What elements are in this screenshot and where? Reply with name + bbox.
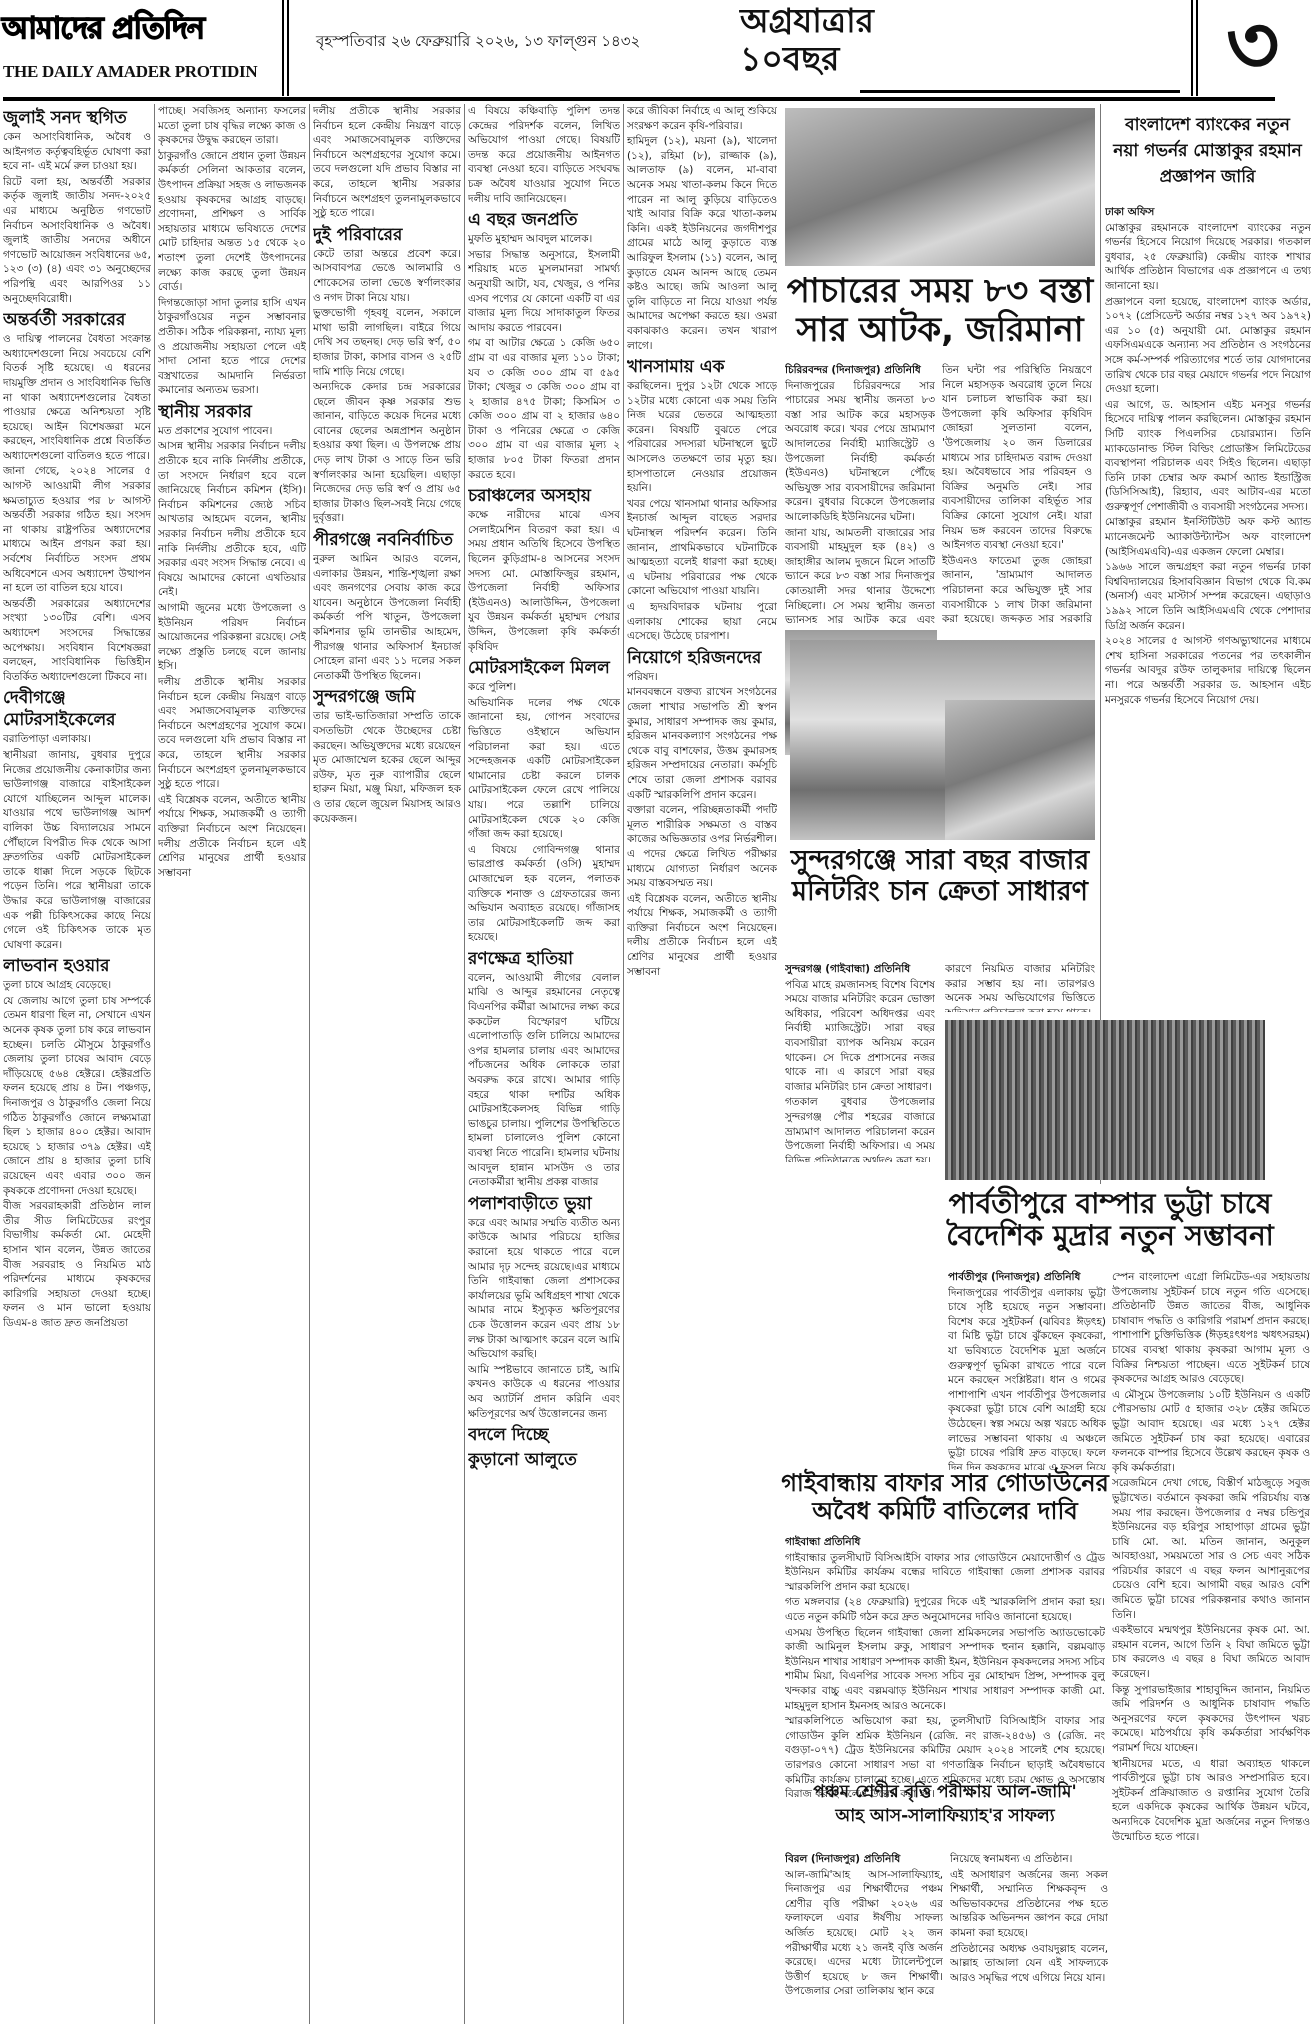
- column-rule: [623, 104, 624, 2024]
- byline: বিরল (দিনাজপুর) প্রতিনিধি: [785, 1852, 943, 1867]
- newspaper-logo-english: THE DAILY AMADER PROTIDIN: [3, 62, 257, 82]
- story-fertilizer-col-b: তিন ঘন্টা পর পরিস্থিতি নিয়ন্ত্রণে নিলে …: [942, 363, 1092, 623]
- paragraph: জানা যায়, আমতলী বাজারের সার ব্যবসায়ী ম…: [785, 526, 935, 623]
- paragraph: এ হৃদয়বিদারক ঘটনায় পুরো এলাকায় শোকের …: [627, 600, 777, 644]
- photo-fertilizer-sacks: [785, 108, 1095, 266]
- column-1: জুলাই সনদ স্থগিত কেন অসাংবিধানিক, অবৈধ ও…: [3, 104, 151, 2032]
- story-maize-col-b: স্পেন বাংলাদেশ এগ্রো লিমিটেড-এর সহায়তায…: [1112, 1270, 1310, 2030]
- paragraph: ও দায়িত্ব পালনের বৈধতা সংক্রান্ত অধ্যাদ…: [3, 332, 151, 463]
- headline-line: বৈদেশিক মুদ্রার নতুন সম্ভাবনা: [945, 1220, 1275, 1252]
- paragraph: ইউএনও ফাতেমা তুজ জোহরা জানান, 'ভ্রাম্যমা…: [942, 554, 1092, 623]
- column-rule: [464, 104, 465, 2024]
- paragraph: ঠাকুরগাঁও জোনে প্রধান তুলা উন্নয়ন কর্মক…: [158, 149, 306, 295]
- masthead-divider: [1196, 0, 1198, 96]
- paragraph: গত মঙ্গলবার (২৪ ফেব্রুয়ারি) দুপুরের দিক…: [785, 1595, 1105, 1624]
- paragraph: এই বিশ্লেষক বলেন, অতীতে স্থানীয় পর্যায়…: [627, 892, 777, 980]
- paragraph: হামিদুল (১২), ময়না (৯), খালেদা (১২), রহ…: [627, 134, 777, 353]
- paragraph: নুরুল আমিন আরও বলেন, এলাকার উন্নয়ন, শান…: [313, 552, 461, 683]
- byline: সুন্দরগঞ্জ (গাইবান্ধা) প্রতিনিধি: [785, 962, 935, 977]
- paragraph: দিগন্তজোড়া সাদা তুলার হাসি এখন ঠাকুরগাঁ…: [158, 296, 306, 398]
- byline: গাইবান্ধা প্রতিনিধি: [785, 1535, 1105, 1550]
- paragraph: তিন ঘন্টা পর পরিস্থিতি নিয়ন্ত্রণে নিলে …: [942, 363, 1092, 553]
- headline-line: মনিটরিং চান ক্রেতা সাধারণ: [780, 876, 1100, 907]
- paragraph: বরাতিপাড়া এলাকায়।: [3, 732, 151, 747]
- paragraph: এর আগে, ড. আহসান এইচ মনসুর গভর্নর হিসেবে…: [1105, 398, 1311, 515]
- paragraph: কক্ষে নারীদের মাঝে এসব সেলাইমেশিন বিতরণ …: [468, 508, 620, 654]
- paragraph: করছিলেন। দুপুর ১২টা থেকে সাড়ে ১২টার মধ্…: [627, 379, 777, 496]
- paragraph: দলীয় প্রতীকে স্থানীয় সরকার নির্বাচন হল…: [313, 104, 461, 221]
- paragraph: এসময় উপস্থিত ছিলেন গাইবান্ধা জেলা শ্রমি…: [785, 1626, 1105, 1714]
- paragraph: পবিত্র মাহে রমজানসহ বিশেষ বিশেষ সময়ে বা…: [785, 978, 935, 1095]
- paragraph: করে এবং আমার সম্মতি ব্যতীত অন্য কাউকে আম…: [468, 1216, 620, 1362]
- headline-market-monitoring: সুন্দরগঞ্জে সারা বছর বাজার মনিটরিং চান ক…: [780, 845, 1100, 907]
- paragraph: আগামী জুনের মধ্যে উপজেলা ও ইউনিয়ন পরিষদ…: [158, 601, 306, 674]
- subheading: নিয়োগে হরিজনদের: [627, 647, 777, 669]
- subheading: কুড়ানো আলুতে: [468, 1449, 620, 1471]
- subheading: এ বছর জনপ্রতি: [468, 209, 620, 231]
- headline-new-governor: বাংলাদেশ ব্যাংকের নতুন নয়া গভর্নর মোস্ত…: [1105, 112, 1310, 190]
- paragraph: একইভাবে মন্মথপুর ইউনিয়নের কৃষক মো. আ. র…: [1112, 1623, 1310, 1681]
- anniversary-line-2: ১০বছর: [740, 40, 874, 78]
- masthead: আমাদের প্রতিদিন THE DAILY AMADER PROTIDI…: [0, 0, 1316, 100]
- anniversary-banner: অগ্রযাত্রার ১০বছর: [740, 2, 874, 78]
- paragraph: অন্তর্বর্তী সরকারের অধ্যাদেশের সংখ্যা ১৩…: [3, 597, 151, 685]
- paragraph: গাইবান্ধার তুলসীঘাট বিসিআইসি বাফার সার গ…: [785, 1551, 1105, 1595]
- headline-buffer-godown: গাইবান্ধায় বাফার সার গোডাউনের অবৈধ কমিট…: [780, 1470, 1110, 1525]
- byline: পার্বতীপুর (দিনাজপুর) প্রতিনিধি: [948, 1270, 1106, 1285]
- paragraph: বক্তারা বলেন, পরিচ্ছন্নতাকর্মী পদটি মূলত…: [627, 803, 777, 891]
- paragraph: বলেন, আওয়ামী লীগের বেলাল মাঝি ও আব্দুর …: [468, 971, 620, 1190]
- story-fertilizer-col-a: চিরিরবন্দর (দিনাজপুর) প্রতিনিধি দিনাজপুর…: [785, 363, 935, 623]
- paragraph: সভার সিদ্ধান্ত অনুসারে, ইসলামী শরিয়াহ ম…: [468, 248, 620, 336]
- photo-maize-field: [945, 1020, 1265, 1180]
- subheading: খানসামায় এক: [627, 356, 777, 378]
- column-5: করে জীবিকা নির্বাহে এ আলু শুকিয়ে সংরক্ষ…: [627, 104, 777, 2032]
- paragraph: ভুক্তভোগী গৃহবধূ বলেন, সকালে মাথা ভারী ল…: [313, 306, 461, 379]
- headline-line: প্রজ্ঞাপন জারি: [1105, 164, 1310, 190]
- paragraph: রিটে বলা হয়, অন্তর্বর্তী সরকার কর্তৃক জ…: [3, 175, 151, 306]
- paragraph: মত প্রকাশের সুযোগ পাবেন।: [158, 424, 306, 439]
- story-market-col-b: কারণে নিয়মিত বাজার মনিটরিং করার সম্ভাব …: [945, 962, 1095, 1012]
- paragraph: এই অসাধারণ অর্জনের জন্য সকল শিক্ষার্থী, …: [950, 1868, 1108, 1941]
- paragraph: মোস্তাকুর রহমানকে বাংলাদেশ ব্যাংকের নতুন…: [1105, 221, 1311, 294]
- column-3: দলীয় প্রতীকে স্থানীয় সরকার নির্বাচন হল…: [313, 104, 461, 2032]
- paragraph: আসন্ন স্থানীয় সরকার নির্বাচন দলীয় প্রত…: [158, 439, 306, 600]
- paragraph: সরেজমিনে দেখা গেছে, বিস্তীর্ণ মাঠজুড়ে স…: [1112, 1476, 1310, 1622]
- masthead-divider: [1191, 0, 1193, 96]
- column-rule: [309, 104, 310, 2024]
- subheading: দেবীগঞ্জে মোটরসাইকেলের: [3, 687, 151, 731]
- subheading: মোটরসাইকেল মিলল: [468, 657, 620, 679]
- newspaper-logo-bengali: আমাদের প্রতিদিন: [2, 4, 204, 55]
- photo-market-shop: [945, 700, 1095, 840]
- subheading: স্থানীয় সরকার: [158, 401, 306, 423]
- story-market-col-a: সুন্দরগঞ্জ (গাইবান্ধা) প্রতিনিধি পবিত্র …: [785, 962, 935, 1162]
- paragraph: স্থানীয়দের মতে, এ ধারা অব্যাহত থাকলে পা…: [1112, 1757, 1310, 1845]
- paragraph: প্রজ্ঞাপনে বলা হয়েছে, বাংলাদেশ ব্যাংক অ…: [1105, 295, 1311, 397]
- paragraph: মোস্তাকুর রহমান ইনস্টিটিউট অফ কস্ট অ্যান…: [1105, 515, 1311, 559]
- paragraph: অভিযানিক দলের পক্ষ থেকে জানানো হয়, গোপন…: [468, 696, 620, 842]
- story-scholarship-col-a: বিরল (দিনাজপুর) প্রতিনিধি আল-জামি'আহ আস-…: [785, 1852, 943, 2027]
- paragraph: করে জীবিকা নির্বাহে এ আলু শুকিয়ে সংরক্ষ…: [627, 104, 777, 133]
- paragraph: এ বিষয়ে কঞ্চিবাড়ি পুলিশ তদন্ত কেন্দ্রে…: [468, 104, 620, 206]
- paragraph: দিনাজপুরের চিরিরবন্দরে সার পাচারের সময় …: [785, 379, 935, 525]
- headline-line: বাংলাদেশ ব্যাংকের নতুন: [1105, 112, 1310, 138]
- subheading: চরাঞ্চলের অসহায়: [468, 485, 620, 507]
- paragraph: মানববন্ধনে বক্তব্য রাখেন সংগঠনের জেলা শা…: [627, 685, 777, 802]
- paragraph: ১৯৬৬ সালে জন্মগ্রহণ করা নতুন গভর্নর ঢাকা…: [1105, 560, 1311, 633]
- column-2: পাচ্ছে। সবজিসহ অন্যান্য ফসলের মতো তুলা চ…: [158, 104, 306, 2032]
- paragraph: স্থানীয়রা জানায়, বুধবার দুপুরে নিজের প…: [3, 748, 151, 952]
- subheading: লাভবান হওয়ার: [3, 955, 151, 977]
- headline-line: গাইবান্ধায় বাফার সার গোডাউনের: [780, 1470, 1110, 1498]
- anniversary-line-1: অগ্রযাত্রার: [740, 2, 874, 40]
- headline-line: পঞ্চম শ্রেণীর বৃত্তি পরীক্ষায় আল-জামি': [780, 1780, 1110, 1804]
- paragraph: তার ভাই-ভাতিজারা সম্প্রতি তাকে বসতভিটা থ…: [313, 709, 461, 826]
- paragraph: পাচ্ছে। সবজিসহ অন্যান্য ফসলের মতো তুলা চ…: [158, 104, 306, 148]
- headline-fertilizer-seized: পাচারের সময় ৮৩ বস্তা সার আটক, জরিমানা: [780, 272, 1100, 350]
- subheading: সুন্দরগঞ্জে জমি: [313, 686, 461, 708]
- masthead-divider: [282, 0, 284, 96]
- subheading: জুলাই সনদ স্থগিত: [3, 107, 151, 129]
- column-rule: [154, 104, 155, 2024]
- paragraph: নিয়েছে স্বনামধন্য এ প্রতিষ্ঠান।: [950, 1852, 1108, 1867]
- subheading: বদলে দিচ্ছে: [468, 1424, 620, 1446]
- paragraph: এই বিশ্লেষক বলেন, অতীতে স্থানীয় পর্যায়…: [158, 793, 306, 881]
- paragraph: গতকাল বুধবার উপজেলার সুন্দরগঞ্জ পৌর শহরে…: [785, 1095, 935, 1162]
- paragraph: ২০২৪ সালের ৫ আগস্ট গণঅভ্যুত্থানের মাধ্যম…: [1105, 634, 1311, 707]
- paragraph: খবর পেয়ে খানসামা থানার অফিসার ইনচার্জ আ…: [627, 497, 777, 599]
- subheading: রণক্ষেত্র হাতিয়া: [468, 948, 620, 970]
- headline-scholarship-success: পঞ্চম শ্রেণীর বৃত্তি পরীক্ষায় আল-জামি' …: [780, 1780, 1110, 1828]
- subheading: অন্তর্বর্তী সরকারের: [3, 309, 151, 331]
- paragraph: অন্যদিকে কেদার চন্দ্র সরকারের ছেলে জীবন …: [313, 380, 461, 526]
- paragraph: কেন অসাংবিধানিক, অবৈধ ও আইনগত কর্তৃত্ববহ…: [3, 130, 151, 174]
- paragraph: স্পেন বাংলাদেশ এগ্রো লিমিটেড-এর সহায়তায…: [1112, 1270, 1310, 1387]
- paragraph: যে জেলায় আগে তুলা চাষ সম্পর্কে তেমন ধার…: [3, 994, 151, 1198]
- byline: ঢাকা অফিস: [1105, 205, 1311, 220]
- masthead-divider: [287, 0, 289, 96]
- paragraph: প্রতিষ্ঠানের অধ্যক্ষ ওবায়দুল্লাহ বলেন, …: [950, 1942, 1108, 1986]
- headline-line: নয়া গভর্নর মোস্তাকুর রহমান: [1105, 138, 1310, 164]
- headline-line: সার আটক, জরিমানা: [780, 311, 1100, 350]
- paragraph: আমি স্পষ্টভাবে জানাতে চাই, আমি কখনও কাউক…: [468, 1363, 620, 1421]
- paragraph: বীজ সরবরাহকারী প্রতিষ্ঠান লাল তীর সীড লি…: [3, 1199, 151, 1330]
- page-number: ৩: [1226, 0, 1279, 96]
- headline-line: অবৈধ কমিটি বাতিলের দাবি: [780, 1498, 1110, 1526]
- story-scholarship-col-b: নিয়েছে স্বনামধন্য এ প্রতিষ্ঠান। এই অসাধ…: [950, 1852, 1108, 2027]
- paragraph: কেটে তারা অন্তরে প্রবেশ করে। আসবাবপত্র ভ…: [313, 247, 461, 305]
- subheading: পীরগঞ্জে নবনির্বাচিত: [313, 529, 461, 551]
- story-maize-col-a: পার্বতীপুর (দিনাজপুর) প্রতিনিধি দিনাজপুর…: [948, 1270, 1106, 1470]
- issue-date: বৃহস্পতিবার ২৬ ফেব্রুয়ারি ২০২৬, ১৩ ফাল্…: [316, 30, 640, 55]
- paragraph: দলীয় প্রতীকে স্থানীয় সরকার নির্বাচন হল…: [158, 675, 306, 792]
- headline-line: সুন্দরগঞ্জে সারা বছর বাজার: [780, 845, 1100, 876]
- headline-line: আহ আস-সালাফিয়্যাহ'র সাফল্য: [780, 1804, 1110, 1828]
- paragraph: জানা গেছে, ২০২৪ সালের ৫ আগস্ট আওয়ামী লী…: [3, 464, 151, 595]
- byline: চিরিরবন্দর (দিনাজপুর) প্রতিনিধি: [785, 363, 935, 378]
- paragraph: গম বা আটার ক্ষেত্রে ১ কেজি ৬৫০ গ্রাম বা …: [468, 336, 620, 482]
- subheading: দুই পরিবারের: [313, 224, 461, 246]
- paragraph: কারণে নিয়মিত বাজার মনিটরিং করার সম্ভাব …: [945, 962, 1095, 1012]
- paragraph: তুলা চাষে আগ্রহ বেড়েছে।: [3, 978, 151, 993]
- column-4: এ বিষয়ে কঞ্চিবাড়ি পুলিশ তদন্ত কেন্দ্রে…: [468, 104, 620, 2032]
- headline-maize-prospects: পার্বতীপুরে বাম্পার ভুট্টা চাষে বৈদেশিক …: [945, 1188, 1275, 1252]
- paragraph: দিনাজপুরের পার্বতীপুর এলাকায় ভুট্টা চাষ…: [948, 1286, 1106, 1470]
- paragraph: পরিষদ।: [627, 670, 777, 685]
- paragraph: এ মৌসুমে উপজেলায় ১০টি ইউনিয়ন ও একটি পৌ…: [1112, 1388, 1310, 1476]
- masthead-bottom-rule: [3, 97, 1275, 101]
- masthead-rule: [860, 90, 1180, 93]
- paragraph: করে পুলিশ।: [468, 680, 620, 695]
- newspaper-page: আমাদের প্রতিদিন THE DAILY AMADER PROTIDI…: [0, 0, 1316, 2032]
- subheading: পলাশবাড়ীতে ভুয়া: [468, 1193, 620, 1215]
- headline-line: পাচারের সময় ৮৩ বস্তা: [780, 272, 1100, 311]
- paragraph: মুফতি মুহাম্মদ আবদুল মালেক।: [468, 232, 620, 247]
- paragraph: আল-জামি'আহ আস-সালাফিয়্যাহ, দিনাজপুর এর …: [785, 1868, 943, 1999]
- paragraph: কিন্তু সুপারভাইজার শাহাবুদ্দিন জানান, নি…: [1112, 1683, 1310, 1756]
- headline-line: পার্বতীপুরে বাম্পার ভুট্টা চাষে: [945, 1188, 1275, 1220]
- paragraph: এ বিষয়ে গোবিন্দগঞ্জ থানার ভারপ্রাপ্ত কর…: [468, 843, 620, 945]
